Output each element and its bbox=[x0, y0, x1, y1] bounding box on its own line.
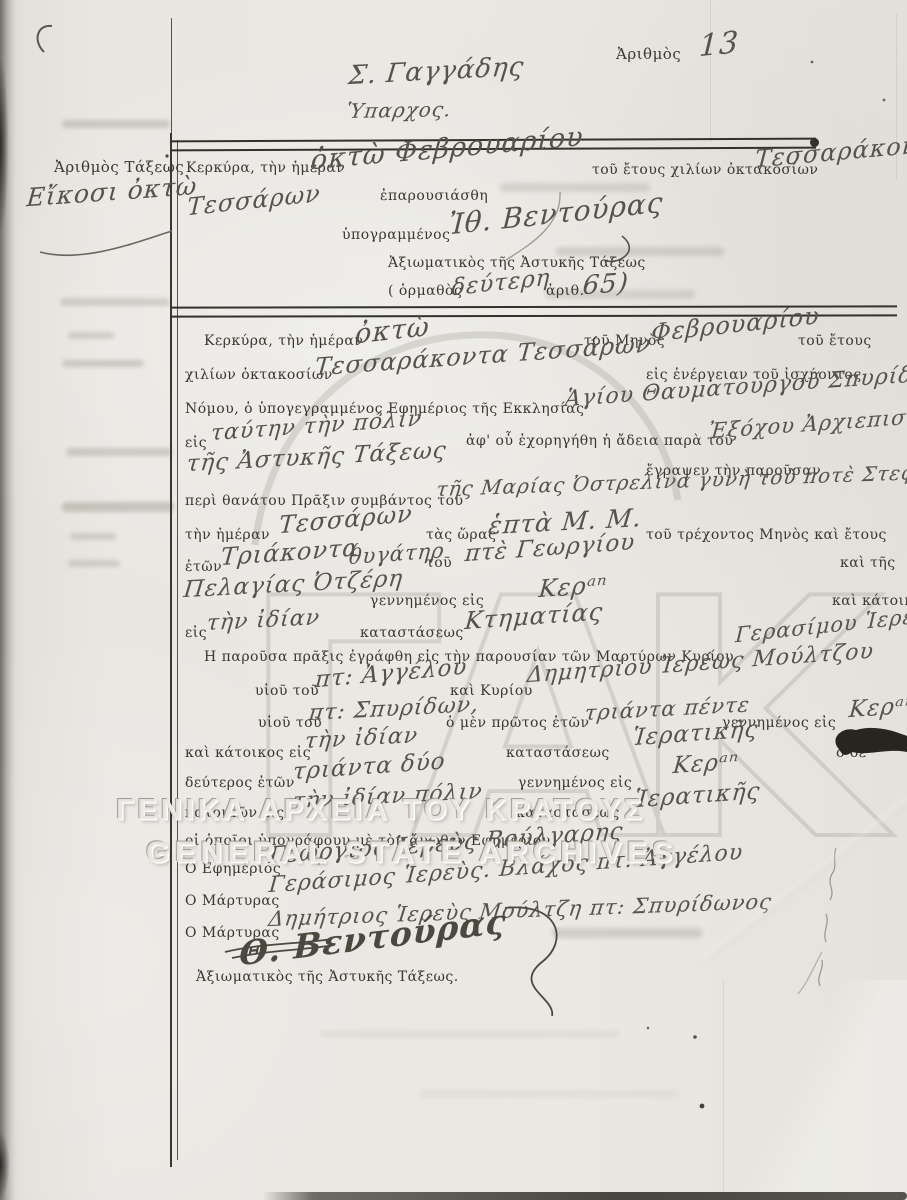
act-w2-born-value: Κερᵃⁿ bbox=[672, 749, 740, 779]
act-second-age-label: δεύτερος ἐτῶν bbox=[185, 776, 295, 791]
bottom-scan-edge bbox=[262, 1192, 907, 1200]
reg-year-value-b: Τεσσάρων bbox=[187, 180, 322, 221]
scanned-death-record-page: ΓΑΚ Ἀριθμὸς13Σ. ΓαγγάδηςὙπαρχος.Ἀριθμὸς … bbox=[0, 0, 907, 1200]
reg-bundle-no-label: ἀριθ. bbox=[546, 284, 585, 299]
number-value: 13 bbox=[698, 26, 740, 64]
sig-officer-title: Ἀξιωματικὸς τῆς Ἀστυκῆς Τάξεως. bbox=[196, 970, 459, 985]
act-permit-label: ἀφ' οὗ ἐχορηγήθη ἡ ἄδεια παρὰ τοῦ bbox=[466, 434, 733, 449]
act-permit-grantor-a: Ἐξόχου Ἀρχιεπιστάτου bbox=[708, 401, 907, 443]
act-of-label: τοῦ bbox=[426, 556, 452, 571]
text-layer: Ἀριθμὸς13Σ. ΓαγγάδηςὙπαρχος.Ἀριθμὸς Τάξε… bbox=[0, 0, 907, 1200]
act-w2-residence-value: τὴν ἰδίαν πόλιν bbox=[291, 780, 483, 814]
act-year-label-b: χιλίων ὀκτακοσίων bbox=[185, 368, 333, 383]
act-residence-value: τὴν ἰδίαν bbox=[205, 606, 321, 636]
act-status-label: καταστάσεως bbox=[360, 626, 464, 641]
act-witness2-value: Δημητρίου Ἱερέως Μούλτζου bbox=[526, 640, 875, 689]
act-current-month-label: τοῦ τρέχοντος Μηνὸς καὶ ἔτους bbox=[646, 528, 887, 543]
act-age-label: ἐτῶν bbox=[185, 560, 222, 575]
number-label: Ἀριθμὸς bbox=[616, 46, 681, 63]
act-first-age-label: ὁ μὲν πρῶτος ἐτῶν bbox=[446, 716, 589, 731]
act-w1-status-value: Ἱερατικῆς bbox=[632, 717, 760, 751]
reg-undersigned-label: ὑπογραμμένος bbox=[342, 228, 450, 243]
act-year-label-a: τοῦ ἔτους bbox=[798, 334, 872, 349]
act-status-value: Κτηματίας bbox=[464, 598, 605, 634]
act-in-label: εἰς bbox=[185, 436, 207, 451]
binding-edge-dark-upper bbox=[0, 55, 9, 235]
act-month-value: Φεβρουαρίου bbox=[651, 302, 821, 346]
act-w1-residence-value: τὴν ἰδίαν bbox=[303, 724, 419, 754]
act-res-in-label: εἰς bbox=[185, 626, 207, 641]
reg-day-value: ὀκτὼ Φεβρουαρίου bbox=[310, 122, 585, 176]
reg-presented-label: ἐπαρουσιάσθη bbox=[380, 189, 488, 204]
official-title: Ὑπαρχος. bbox=[345, 98, 453, 122]
sig-witness1-label: Ο Μάρτυρας bbox=[185, 894, 280, 909]
act-w1-son-label: υἱοῦ τοῦ bbox=[255, 684, 319, 699]
binding-edge-dark-lower bbox=[0, 1130, 10, 1200]
reg-bundle-no-value: 65) bbox=[581, 269, 630, 301]
act-w1-status-label: καταστάσεως bbox=[506, 746, 610, 761]
act-day-value: ὀκτὼ bbox=[354, 312, 430, 350]
act-w1-born-value: Κερᵃⁿ bbox=[848, 693, 907, 723]
act-w2-resident-label: κατοικῶν εἰς bbox=[185, 806, 285, 821]
order-number-value: Εἴκοσι ὀκτὼ bbox=[26, 172, 199, 212]
act-w1-resident-label: καὶ κάτοικος εἰς bbox=[185, 746, 311, 761]
act-second-label: ὁ δὲ bbox=[836, 746, 867, 761]
official-name: Σ. Γαγγάδης bbox=[347, 53, 526, 91]
act-w2-born-label: γεννημένος εἰς bbox=[518, 776, 632, 791]
act-w2-age-value: τριάντα δύο bbox=[292, 749, 447, 785]
reg-year-value-a: Τεσσαράκοντα bbox=[754, 129, 907, 173]
act-w2-status-value: Ἱερατικῆς bbox=[634, 779, 762, 813]
act-and-of-label: καὶ τῆς bbox=[840, 556, 896, 571]
sig-priest-label: Ο Εφημέριος bbox=[185, 862, 281, 877]
act-place-day-label: Κερκύρα, τὴν ἡμέραν bbox=[204, 334, 363, 349]
